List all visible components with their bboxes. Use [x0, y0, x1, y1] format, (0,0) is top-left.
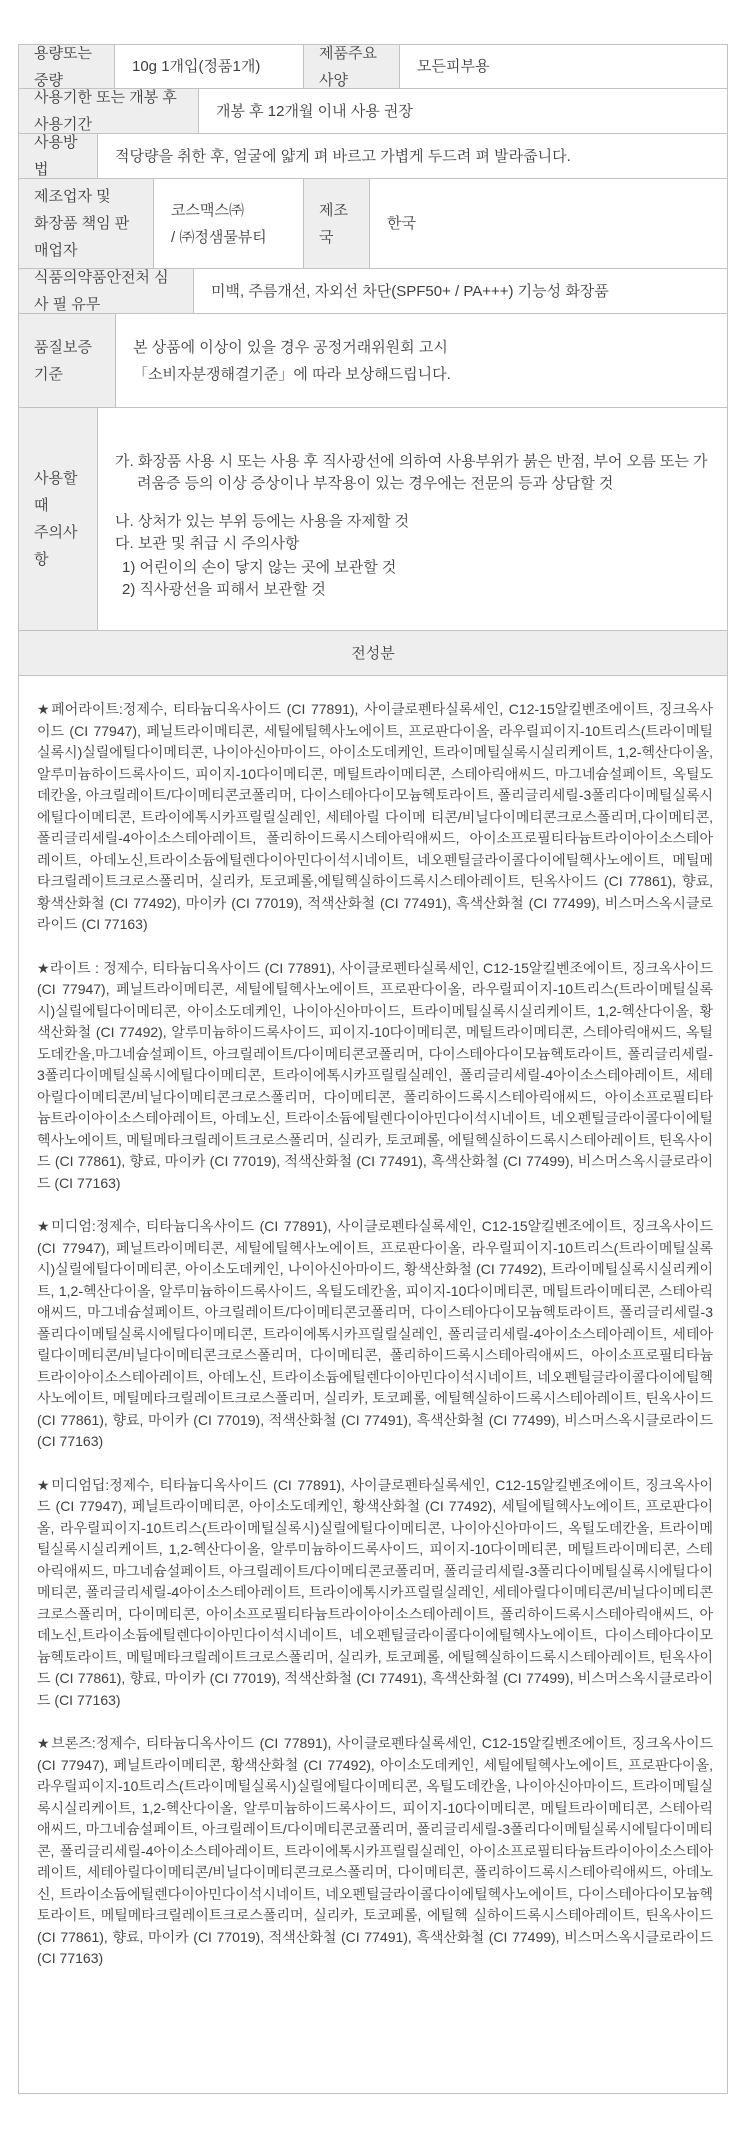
ingredient-paragraph: ★라이트 : 정제수, 티타늄디옥사이드 (CI 77891), 사이클로펜타실… [37, 958, 713, 1195]
ingredient-paragraph: ★브론즈:정제수, 티타늄디옥사이드 (CI 77891), 사이클로펜타실록세… [37, 1733, 713, 1970]
ingredient-paragraph: ★미디엄:정제수, 티타늄디옥사이드 (CI 77891), 사이클로펜타실록세… [37, 1216, 713, 1453]
row-period: 사용기한 또는 개봉 후 사용기간 개봉 후 12개월 이내 사용 권장 [19, 89, 727, 134]
ingredient-paragraph: ★페어라이트:정제수, 티타늄디옥사이드 (CI 77891), 사이클로펜타실… [37, 699, 713, 936]
ingredients-title: 전성분 [19, 631, 727, 675]
warranty-label: 품질보증기준 [19, 314, 116, 407]
row-ingredients: ★페어라이트:정제수, 티타늄디옥사이드 (CI 77891), 사이클로펜타실… [19, 676, 727, 2094]
shade-name: ★라이트 : [37, 960, 103, 976]
ingredient-paragraph: ★미디엄딥:정제수, 티타늄디옥사이드 (CI 77891), 사이클로펜타실록… [37, 1475, 713, 1712]
row-manufacturer: 제조업자 및 화장품 책임 판매업자 코스맥스㈜ / ㈜정샘물뷰티 제조국 한국 [19, 179, 727, 269]
ingredient-text: 정제수, 티타늄디옥사이드 (CI 77891), 사이클로펜타실록세인, C1… [37, 701, 713, 932]
manufacturer-label: 제조업자 및 화장품 책임 판매업자 [19, 179, 154, 268]
product-info-table: 용량또는중량 10g 1개입(정품1개) 제품주요사양 모든피부용 사용기한 또… [18, 44, 728, 2094]
warranty-value: 본 상품에 이상이 있을 경우 공정거래위원회 고시 「소비자분쟁해결기준」에 … [116, 314, 727, 407]
caution-item: 1) 어린이의 손이 닿지 않는 곳에 보관할 것 [122, 557, 717, 579]
mfds-label: 식품의약품안전처 심사 필 유무 [19, 269, 194, 313]
spec-label: 제품주요사양 [304, 45, 400, 88]
caution-label: 사용할 때 주의사항 [19, 408, 98, 630]
row-caution: 사용할 때 주의사항 가. 화장품 사용 시 또는 사용 후 직사광선에 의하여… [19, 408, 727, 631]
usage-label: 사용방법 [19, 134, 98, 178]
row-ingredients-header: 전성분 [19, 631, 727, 676]
volume-label: 용량또는중량 [19, 45, 115, 88]
shade-name: ★미디엄: [37, 1218, 96, 1234]
ingredient-text: 정제수, 티타늄디옥사이드 (CI 77891), 사이클로펜타실록세인, C1… [37, 1735, 713, 1966]
row-mfds: 식품의약품안전처 심사 필 유무 미백, 주름개선, 자외선 차단(SPF50+… [19, 269, 727, 314]
ingredient-text: 정제수, 티타늄디옥사이드 (CI 77891), 사이클로펜타실록세인, C1… [37, 1218, 713, 1449]
row-usage: 사용방법 적당량을 취한 후, 얼굴에 얇게 펴 바르고 가볍게 두드려 펴 발… [19, 134, 727, 179]
caution-item: 다. 보관 및 취급 시 주의사항 [115, 533, 717, 555]
ingredient-text: 정제수, 티타늄디옥사이드 (CI 77891), 사이클로펜타실록세인, C1… [37, 1477, 713, 1708]
shade-name: ★미디엄딥: [37, 1477, 109, 1493]
spec-value: 모든피부용 [400, 45, 727, 88]
product-info-page: { "info": { "volume_label": "용량또는중량", "v… [0, 0, 750, 2140]
volume-value: 10g 1개입(정품1개) [115, 45, 304, 88]
caution-item: 2) 직사광선을 피해서 보관할 것 [122, 579, 717, 601]
ingredients-list: ★페어라이트:정제수, 티타늄디옥사이드 (CI 77891), 사이클로펜타실… [19, 676, 727, 2093]
caution-list: 가. 화장품 사용 시 또는 사용 후 직사광선에 의하여 사용부위가 붉은 반… [98, 408, 727, 630]
country-value: 한국 [370, 179, 727, 268]
row-volume-spec: 용량또는중량 10g 1개입(정품1개) 제품주요사양 모든피부용 [19, 45, 727, 89]
period-value: 개봉 후 12개월 이내 사용 권장 [199, 89, 727, 133]
country-label: 제조국 [304, 179, 370, 268]
shade-name: ★브론즈: [37, 1735, 96, 1751]
ingredient-text: 정제수, 티타늄디옥사이드 (CI 77891), 사이클로펜타실록세인, C1… [37, 960, 713, 1191]
usage-value: 적당량을 취한 후, 얼굴에 얇게 펴 바르고 가볍게 두드려 펴 발라줍니다. [98, 134, 727, 178]
period-label: 사용기한 또는 개봉 후 사용기간 [19, 89, 199, 133]
shade-name: ★페어라이트: [37, 701, 123, 717]
caution-item: 가. 화장품 사용 시 또는 사용 후 직사광선에 의하여 사용부위가 붉은 반… [115, 451, 717, 495]
mfds-value: 미백, 주름개선, 자외선 차단(SPF50+ / PA+++) 기능성 화장품 [194, 269, 727, 313]
row-warranty: 품질보증기준 본 상품에 이상이 있을 경우 공정거래위원회 고시 「소비자분쟁… [19, 314, 727, 408]
caution-item: 나. 상처가 있는 부위 등에는 사용을 자제할 것 [115, 511, 717, 533]
manufacturer-value: 코스맥스㈜ / ㈜정샘물뷰티 [154, 179, 304, 268]
